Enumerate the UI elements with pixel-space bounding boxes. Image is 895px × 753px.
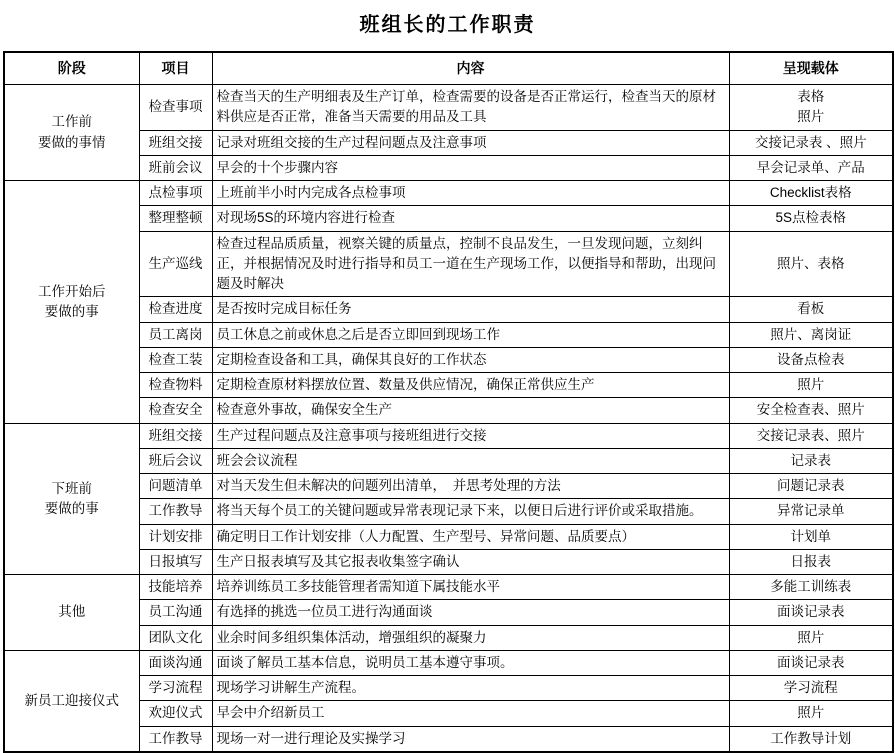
item-cell: 班后会议 [139, 448, 212, 473]
item-cell: 工作教导 [139, 499, 212, 524]
header-carrier: 呈现载体 [729, 52, 893, 85]
carrier-cell: 照片、离岗证 [729, 322, 893, 347]
content-cell: 记录对班组交接的生产过程问题点及注意事项 [212, 130, 729, 155]
header-item: 项目 [139, 52, 212, 85]
content-cell: 检查意外事故，确保安全生产 [212, 398, 729, 423]
item-cell: 问题清单 [139, 474, 212, 499]
item-cell: 整理整顿 [139, 206, 212, 231]
carrier-cell: 工作教导计划 [729, 726, 893, 752]
carrier-cell: 计划单 [729, 524, 893, 549]
carrier-cell: 照片、表格 [729, 231, 893, 297]
content-cell: 业余时间多组织集体活动，增强组织的凝聚力 [212, 625, 729, 650]
carrier-cell: 异常记录单 [729, 499, 893, 524]
content-cell: 确定明日工作计划安排（人力配置、生产型号、异常问题、品质要点） [212, 524, 729, 549]
content-cell: 现场一对一进行理论及实操学习 [212, 726, 729, 752]
item-cell: 计划安排 [139, 524, 212, 549]
content-cell: 定期检查原材料摆放位置、数量及供应情况，确保正常供应生产 [212, 373, 729, 398]
table-row: 下班前 要做的事班组交接生产过程问题点及注意事项与接班组进行交接交接记录表、照片 [4, 423, 893, 448]
content-cell: 班会会议流程 [212, 448, 729, 473]
document-page: 班组长的工作职责 阶段 项目 内容 呈现载体 工作前 要做的事情检查事项检查当天… [0, 0, 895, 724]
table-row: 新员工迎接仪式面谈沟通面谈了解员工基本信息，说明员工基本遵守事项。面谈记录表 [4, 650, 893, 675]
item-cell: 团队文化 [139, 625, 212, 650]
carrier-cell: 学习流程 [729, 676, 893, 701]
item-cell: 检查工装 [139, 347, 212, 372]
stage-cell: 工作前 要做的事情 [4, 85, 139, 181]
content-cell: 员工休息之前或休息之后是否立即回到现场工作 [212, 322, 729, 347]
content-cell: 将当天每个员工的关键问题或异常表现记录下来，以便日后进行评价或采取措施。 [212, 499, 729, 524]
content-cell: 对现场5S的环境内容进行检查 [212, 206, 729, 231]
carrier-cell: 安全检查表、照片 [729, 398, 893, 423]
content-cell: 对当天发生但未解决的问题列出清单， 并思考处理的方法 [212, 474, 729, 499]
item-cell: 班组交接 [139, 130, 212, 155]
stage-cell: 新员工迎接仪式 [4, 650, 139, 752]
header-content: 内容 [212, 52, 729, 85]
content-cell: 定期检查设备和工具，确保其良好的工作状态 [212, 347, 729, 372]
duty-table: 阶段 项目 内容 呈现载体 工作前 要做的事情检查事项检查当天的生产明细表及生产… [3, 51, 894, 753]
content-cell: 生产日报表填写及其它报表收集签字确认 [212, 549, 729, 574]
content-cell: 检查过程品质质量，视察关键的质量点，控制不良品发生，一旦发现问题，立刻纠正，并根… [212, 231, 729, 297]
content-cell: 上班前半小时内完成各点检事项 [212, 181, 729, 206]
content-cell: 培养训练员工多技能管理者需知道下属技能水平 [212, 575, 729, 600]
carrier-cell: 面谈记录表 [729, 600, 893, 625]
carrier-cell: 照片 [729, 701, 893, 726]
carrier-cell: 日报表 [729, 549, 893, 574]
stage-cell: 工作开始后 要做的事 [4, 181, 139, 424]
carrier-cell: 照片 [729, 625, 893, 650]
item-cell: 检查进度 [139, 297, 212, 322]
item-cell: 点检事项 [139, 181, 212, 206]
carrier-cell: 早会记录单、产品 [729, 155, 893, 180]
page-title: 班组长的工作职责 [0, 0, 895, 51]
item-cell: 面谈沟通 [139, 650, 212, 675]
item-cell: 检查事项 [139, 85, 212, 131]
header-stage: 阶段 [4, 52, 139, 85]
item-cell: 员工离岗 [139, 322, 212, 347]
carrier-cell: 5S点检表格 [729, 206, 893, 231]
carrier-cell: 多能工训练表 [729, 575, 893, 600]
item-cell: 技能培养 [139, 575, 212, 600]
content-cell: 面谈了解员工基本信息，说明员工基本遵守事项。 [212, 650, 729, 675]
content-cell: 检查当天的生产明细表及生产订单，检查需要的设备是否正常运行，检查当天的原材料供应… [212, 85, 729, 131]
item-cell: 班前会议 [139, 155, 212, 180]
header-row: 阶段 项目 内容 呈现载体 [4, 52, 893, 85]
content-cell: 早会的十个步骤内容 [212, 155, 729, 180]
content-cell: 生产过程问题点及注意事项与接班组进行交接 [212, 423, 729, 448]
content-cell: 是否按时完成目标任务 [212, 297, 729, 322]
content-cell: 现场学习讲解生产流程。 [212, 676, 729, 701]
content-cell: 早会中介绍新员工 [212, 701, 729, 726]
stage-cell: 其他 [4, 575, 139, 651]
carrier-cell: 问题记录表 [729, 474, 893, 499]
table-row: 其他技能培养培养训练员工多技能管理者需知道下属技能水平多能工训练表 [4, 575, 893, 600]
carrier-cell: 面谈记录表 [729, 650, 893, 675]
item-cell: 员工沟通 [139, 600, 212, 625]
table-row: 工作前 要做的事情检查事项检查当天的生产明细表及生产订单，检查需要的设备是否正常… [4, 85, 893, 131]
item-cell: 欢迎仪式 [139, 701, 212, 726]
item-cell: 工作教导 [139, 726, 212, 752]
carrier-cell: 设备点检表 [729, 347, 893, 372]
carrier-cell: Checklist表格 [729, 181, 893, 206]
item-cell: 检查安全 [139, 398, 212, 423]
carrier-cell: 交接记录表 、照片 [729, 130, 893, 155]
carrier-cell: 交接记录表、照片 [729, 423, 893, 448]
carrier-cell: 表格 照片 [729, 85, 893, 131]
content-cell: 有选择的挑选一位员工进行沟通面谈 [212, 600, 729, 625]
item-cell: 班组交接 [139, 423, 212, 448]
carrier-cell: 看板 [729, 297, 893, 322]
table-row: 工作开始后 要做的事点检事项上班前半小时内完成各点检事项Checklist表格 [4, 181, 893, 206]
item-cell: 学习流程 [139, 676, 212, 701]
stage-cell: 下班前 要做的事 [4, 423, 139, 575]
carrier-cell: 记录表 [729, 448, 893, 473]
item-cell: 日报填写 [139, 549, 212, 574]
item-cell: 生产巡线 [139, 231, 212, 297]
item-cell: 检查物料 [139, 373, 212, 398]
carrier-cell: 照片 [729, 373, 893, 398]
